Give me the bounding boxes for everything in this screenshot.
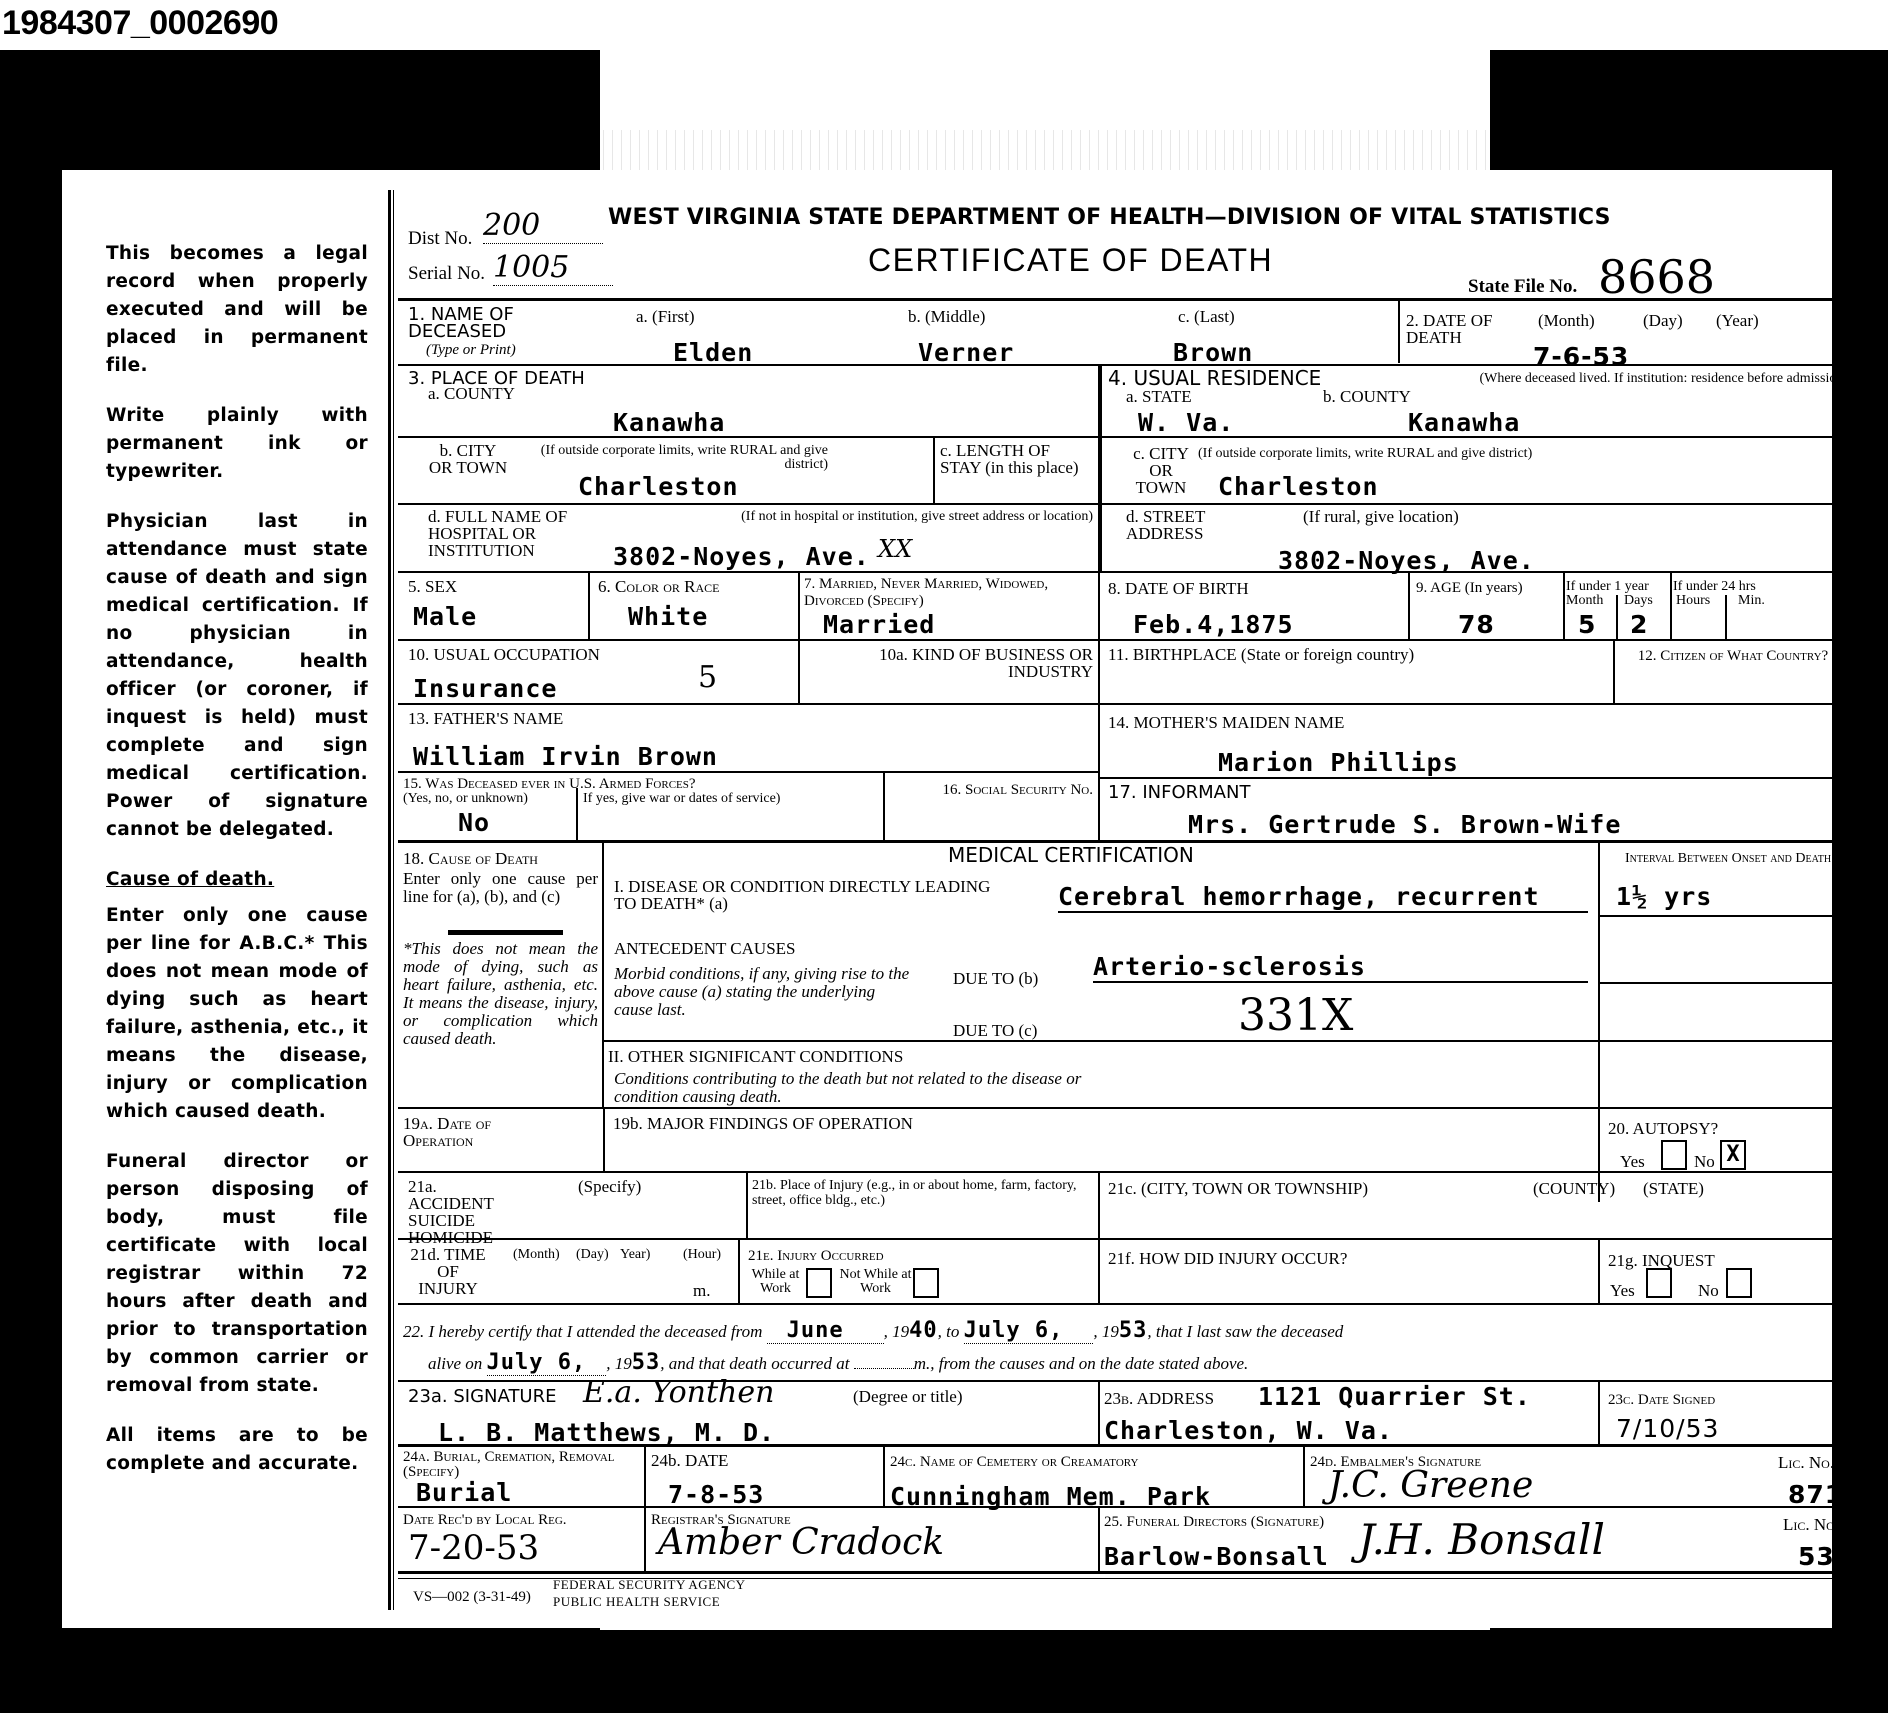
attended-from-month[interactable]: June (767, 1318, 884, 1344)
res-state[interactable]: W. Va. (1138, 408, 1234, 437)
physician-address-2[interactable]: Charleston, W. Va. (1104, 1416, 1393, 1445)
hospital-note: (If not in hospital or institution, give… (578, 510, 1093, 524)
pod-city[interactable]: Charleston (578, 472, 739, 501)
res-state-label: a. STATE (1126, 388, 1192, 405)
marital-status-label: 7. Married, Never Married, Widowed, Divo… (804, 576, 1099, 610)
age-hours-label: Hours (1676, 594, 1710, 608)
dod-year-label: (Year) (1716, 312, 1759, 329)
instruction-legal-record: This becomes a legal record when properl… (106, 240, 368, 380)
while-at-work-checkbox[interactable] (806, 1268, 832, 1298)
cause-note: *This does not mean the mode of dying, s… (403, 940, 598, 1048)
cause-b[interactable]: Arterio-sclerosis (1093, 952, 1588, 983)
instruction-physician: Physician last in attendance must state … (106, 508, 368, 844)
age-min-label: Min. (1738, 594, 1765, 608)
autopsy-label: 20. AUTOPSY? (1608, 1120, 1718, 1137)
operation-date-label: 19a. Date of Operation (403, 1115, 523, 1149)
serial-no-value: 1005 (493, 250, 613, 286)
informant[interactable]: Mrs. Gertrude S. Brown-Wife (1188, 810, 1621, 839)
attended-from-year[interactable]: 40 (909, 1318, 938, 1343)
physician-signature: E.a. Yonthen (583, 1375, 774, 1410)
attended-to-date[interactable]: July 6, (964, 1318, 1094, 1344)
certification-line-2: alive on July 6,, 1953, and that death o… (428, 1354, 1248, 1372)
embalmer-lic-no[interactable]: 871 (1788, 1480, 1843, 1509)
citizen-label: 12. Citizen of What Country? (1623, 648, 1843, 665)
age-years[interactable]: 78 (1458, 610, 1495, 639)
injury-occurred-label: 21e. Injury Occurred (748, 1248, 884, 1265)
res-street-label: d. STREET ADDRESS (1126, 508, 1236, 542)
res-street-note: (If rural, give location) (1303, 508, 1459, 525)
injury-day-label: (Day) (576, 1248, 609, 1262)
interval-label: Interval Between Onset and Death (1608, 850, 1848, 867)
burial-date[interactable]: 7-8-53 (668, 1480, 764, 1509)
burial-type-label: 24a. Burial, Cremation, Removal (Specify… (403, 1450, 643, 1480)
res-county[interactable]: Kanawha (1408, 408, 1520, 437)
agency-line-1: FEDERAL SECURITY AGENCY (553, 1578, 746, 1592)
embalmer-lic-label: Lic. No. (1778, 1454, 1834, 1471)
sex[interactable]: Male (413, 602, 477, 631)
mother-name-label: 14. MOTHER'S MAIDEN NAME (1108, 714, 1344, 731)
age-days-label: Days (1624, 594, 1653, 608)
while-at-work-label: While at Work (748, 1268, 803, 1296)
time-of-injury-label: 21d. TIME OF INJURY (408, 1246, 488, 1297)
res-city-label: c. CITY OR TOWN (1126, 445, 1196, 496)
other-conditions-label: II. OTHER SIGNIFICANT CONDITIONS (608, 1048, 903, 1065)
degree-title-label: (Degree or title) (853, 1388, 963, 1405)
injury-specify-label: (Specify) (578, 1178, 641, 1195)
serial-no-label: Serial No. (408, 265, 485, 282)
usual-residence-label: 4. USUAL RESIDENCE (1108, 370, 1321, 387)
scan-noise (600, 130, 1490, 175)
embalmer-signature: J.C. Greene (1328, 1465, 1533, 1506)
antecedent-note: Morbid conditions, if any, giving rise t… (614, 965, 914, 1019)
ssn-label: 16. Social Security No. (893, 782, 1093, 799)
date-of-death-label: 2. DATE OF DEATH (1406, 312, 1496, 346)
age-months[interactable]: 5 (1578, 610, 1596, 639)
last-name-label: c. (Last) (1178, 308, 1235, 325)
interval-a[interactable]: 1½ yrs (1616, 882, 1712, 911)
inquest-label: 21g. INQUEST (1608, 1252, 1715, 1269)
informant-label: 17. INFORMANT (1108, 784, 1250, 801)
document-id: 1984307_0002690 (2, 4, 278, 43)
sidebar-divider-inner (393, 190, 394, 1610)
res-city-note: (If outside corporate limits, write RURA… (1198, 447, 1532, 461)
business-label: 10a. KIND OF BUSINESS OR INDUSTRY (808, 646, 1093, 680)
birthplace-label: 11. BIRTHPLACE (State or foreign country… (1108, 646, 1414, 663)
res-city[interactable]: Charleston (1218, 472, 1379, 501)
injury-hour-label: (Hour) (683, 1248, 721, 1262)
armed-forces-value[interactable]: No (458, 808, 490, 837)
instruction-write-plainly: Write plainly with permanent ink or type… (106, 402, 368, 486)
registrar-signature: Amber Cradock (658, 1522, 944, 1563)
form-code: VS—002 (3-31-49) (413, 1590, 531, 1604)
dod-month-label: (Month) (1538, 312, 1595, 329)
autopsy-no-checkbox[interactable]: X (1720, 1140, 1746, 1170)
inquest-no-label: No (1698, 1282, 1719, 1299)
certification-line-1: 22. I hereby certify that I attended the… (403, 1322, 1343, 1340)
funeral-director-signature: J.H. Bonsall (1358, 1515, 1605, 1564)
disease-condition-label: I. DISEASE OR CONDITION DIRECTLY LEADING… (614, 878, 994, 912)
certificate-form: Dist No. 200 Serial No. 1005 WEST VIRGIN… (398, 170, 1878, 1628)
agency-line-2: PUBLIC HEALTH SERVICE (553, 1595, 720, 1609)
length-of-stay-label: c. LENGTH OF STAY (in this place) (940, 442, 1090, 476)
dod-day-label: (Day) (1643, 312, 1683, 329)
injury-county-label: (COUNTY) (1533, 1180, 1615, 1197)
inquest-yes-label: Yes (1610, 1282, 1635, 1299)
department-heading: WEST VIRGINIA STATE DEPARTMENT OF HEALTH… (608, 205, 1611, 230)
occupation-label: 10. USUAL OCCUPATION (408, 646, 600, 663)
autopsy-yes-checkbox[interactable] (1661, 1140, 1687, 1170)
instructions-sidebar: This becomes a legal record when properl… (106, 240, 368, 1500)
age-days[interactable]: 2 (1630, 610, 1648, 639)
injury-type-label: 21a. ACCIDENT SUICIDE HOMICIDE (408, 1178, 518, 1246)
injury-month-label: (Month) (513, 1248, 560, 1262)
armed-forces-sub2: If yes, give war or dates of service) (583, 792, 780, 806)
hospital-address[interactable]: 3802-Noyes, Ave. (613, 542, 870, 571)
attended-to-year[interactable]: 53 (1119, 1318, 1148, 1343)
dist-no-value: 200 (483, 208, 603, 244)
name-label: 1. NAME OF DECEASED (408, 306, 568, 340)
age-months-label: Month (1566, 594, 1603, 608)
physician-name[interactable]: L. B. Matthews, M. D. (438, 1418, 775, 1447)
instruction-complete: All items are to be complete and accurat… (106, 1422, 368, 1478)
race[interactable]: White (628, 602, 708, 631)
operation-findings-label: 19b. MAJOR FINDINGS OF OPERATION (613, 1115, 913, 1132)
how-injury-label: 21f. HOW DID INJURY OCCUR? (1108, 1250, 1347, 1267)
cause-of-death-heading: Cause of death. (106, 869, 274, 890)
death-certificate: This becomes a legal record when properl… (62, 170, 1832, 1628)
last-seen-alive-year[interactable]: 53 (632, 1350, 661, 1375)
father-name-label: 13. FATHER'S NAME (408, 710, 563, 727)
funeral-director-name[interactable]: Barlow-Bonsall (1104, 1542, 1329, 1571)
dob-label: 8. DATE OF BIRTH (1108, 580, 1249, 597)
race-label: 6. Color or Race (598, 578, 720, 595)
injury-m-label: m. (693, 1282, 710, 1299)
mother-maiden-name[interactable]: Marion Phillips (1218, 748, 1459, 777)
pod-county[interactable]: Kanawha (613, 408, 725, 437)
funeral-director-label: 25. Funeral Directors (Signature) (1104, 1514, 1324, 1531)
burial-date-label: 24b. DATE (651, 1452, 728, 1469)
instruction-funeral-director: Funeral director or person disposing of … (106, 1148, 368, 1400)
marital-status[interactable]: Married (823, 610, 935, 639)
state-file-value: 8668 (1598, 250, 1715, 304)
injury-place-label: 21b. Place of Injury (e.g., in or about … (752, 1178, 1097, 1208)
under-1-year-label: If under 1 year (1566, 580, 1676, 594)
middle-name-label: b. (Middle) (908, 308, 985, 325)
date-of-death[interactable]: 7-6-53 (1533, 342, 1629, 371)
autopsy-yes-label: Yes (1620, 1153, 1645, 1170)
state-file-label: State File No. (1468, 278, 1577, 295)
middle-name[interactable]: Verner (918, 338, 1014, 367)
hospital-label: d. FULL NAME OF HOSPITAL OR INSTITUTION (428, 508, 588, 559)
occupation[interactable]: Insurance (413, 674, 557, 703)
due-to-c-label: DUE TO (c) (953, 1022, 1037, 1039)
hospital-mark: XX (878, 535, 912, 563)
inquest-yes-checkbox[interactable] (1646, 1268, 1672, 1298)
funeral-lic-label: Lic. No. (1783, 1516, 1839, 1533)
cemetery-label: 24c. Name of Cemetery or Creamatory (890, 1454, 1138, 1471)
inquest-no-checkbox[interactable] (1726, 1268, 1752, 1298)
instruction-cause: Enter only one cause per line for A.B.C.… (106, 902, 368, 1126)
dist-no-label: Dist No. (408, 230, 472, 247)
physician-address-1[interactable]: 1121 Quarrier St. (1258, 1382, 1531, 1411)
funeral-lic-no[interactable]: 53 (1798, 1542, 1835, 1571)
type-or-print-label: (Type or Print) (426, 342, 516, 359)
due-to-b-label: DUE TO (b) (953, 970, 1038, 987)
date-received-label: Date Rec'd by Local Reg. (403, 1512, 567, 1529)
physician-address-label: 23b. ADDRESS (1104, 1390, 1214, 1407)
burial-type[interactable]: Burial (416, 1478, 512, 1507)
date-received: 7-20-53 (408, 1528, 539, 1568)
cause-instructions: Enter only one cause per line for (a), (… (403, 870, 598, 906)
cause-of-death-label: 18. Cause of Death (403, 850, 538, 867)
date-signed-label: 23c. Date Signed (1608, 1392, 1715, 1409)
pod-city-note: (If outside corporate limits, write RURA… (508, 444, 828, 472)
under-24-hrs-label: If under 24 hrs (1673, 580, 1756, 594)
pod-city-label: b. CITY OR TOWN (428, 442, 508, 476)
last-seen-alive-date[interactable]: July 6, (487, 1350, 607, 1376)
other-conditions-note: Conditions contributing to the death but… (614, 1070, 1134, 1106)
certificate-title: CERTIFICATE OF DEATH (868, 242, 1273, 279)
age-label: 9. AGE (In years) (1416, 580, 1523, 597)
injury-state-label: (STATE) (1643, 1180, 1704, 1197)
first-name[interactable]: Elden (673, 338, 753, 367)
res-county-label: b. COUNTY (1323, 388, 1411, 405)
date-of-birth[interactable]: Feb.4,1875 (1133, 610, 1294, 639)
sex-label: 5. SEX (408, 578, 457, 595)
last-name[interactable]: Brown (1173, 338, 1253, 367)
medical-certification-heading: MEDICAL CERTIFICATION (948, 847, 1194, 864)
signature-label: 23a. SIGNATURE (408, 1388, 557, 1405)
sidebar-divider (388, 190, 391, 1610)
armed-forces-sub1: (Yes, no, or unknown) (403, 792, 528, 806)
injury-year-label: Year) (620, 1248, 650, 1262)
pod-county-label: a. COUNTY (428, 385, 515, 402)
injury-city-label: 21c. (CITY, TOWN OR TOWNSHIP) (1108, 1180, 1368, 1197)
cause-c-code: 331X (1238, 990, 1353, 1041)
cause-a[interactable]: Cerebral hemorrhage, recurrent (1058, 882, 1588, 913)
usual-residence-note: (Where deceased lived. If institution: r… (1373, 372, 1848, 386)
not-while-at-work-label: Not While at Work (838, 1268, 913, 1296)
father-name[interactable]: William Irvin Brown (413, 742, 718, 771)
antecedent-causes-label: ANTECEDENT CAUSES (614, 940, 796, 957)
date-signed[interactable]: 7/10/53 (1616, 1414, 1719, 1443)
not-while-at-work-checkbox[interactable] (913, 1268, 939, 1298)
first-name-label: a. (First) (636, 308, 695, 325)
occupation-code: 5 (698, 660, 717, 695)
autopsy-no-label: No (1694, 1153, 1715, 1170)
scan-background-bottom (0, 1630, 1888, 1713)
